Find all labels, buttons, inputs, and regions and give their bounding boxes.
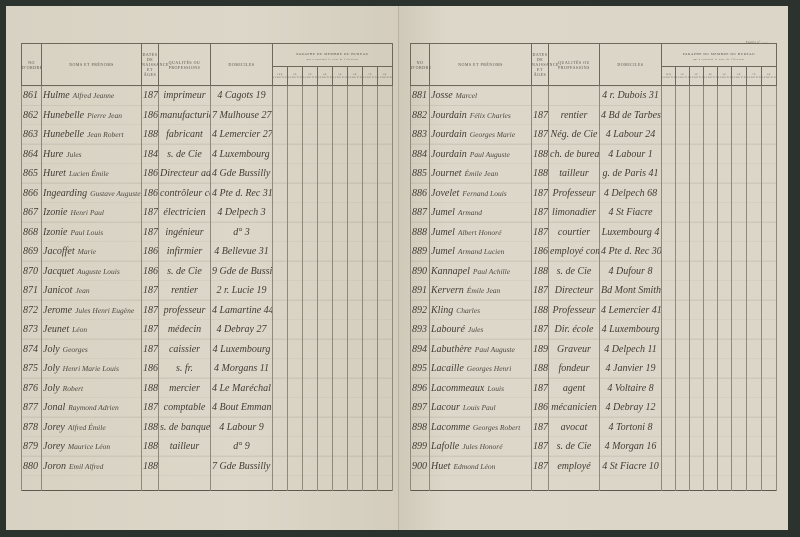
entry-signature-cell bbox=[348, 86, 363, 106]
entry-signature-cell bbox=[747, 398, 762, 418]
blank-cell bbox=[732, 476, 747, 491]
entry-signature-cell bbox=[690, 359, 704, 379]
entry-signature-cell bbox=[676, 398, 690, 418]
entry-signature-cell bbox=[348, 164, 363, 184]
entry-signature-cell bbox=[718, 262, 732, 282]
entry-signature-cell bbox=[273, 184, 288, 204]
header-scrutin: 7e scrutin bbox=[747, 67, 762, 86]
entry-signature-cell bbox=[363, 359, 378, 379]
entry-given-names: Alfred Émile bbox=[68, 423, 106, 432]
entry-signature-cell bbox=[303, 184, 318, 204]
entry-signature-cell bbox=[273, 398, 288, 418]
header-paraphe: Paraphe du membre du bureau qui a consta… bbox=[273, 44, 393, 67]
entry-signature-cell bbox=[333, 379, 348, 399]
entry-signature-cell bbox=[363, 164, 378, 184]
entry-signature-cell bbox=[303, 437, 318, 457]
entry-signature-cell bbox=[732, 145, 747, 165]
entry-name: KannapelPaul Achille bbox=[430, 262, 532, 282]
entry-profession: comptable bbox=[159, 398, 211, 418]
entry-signature-cell bbox=[318, 145, 333, 165]
entry-signature-cell bbox=[704, 437, 718, 457]
entry-signature-cell bbox=[704, 379, 718, 399]
entry-signature-cell bbox=[348, 242, 363, 262]
entry-name: JoveletFernand Louis bbox=[430, 184, 532, 204]
entry-surname: Lacomme bbox=[431, 422, 470, 433]
entry-signature-cell bbox=[363, 418, 378, 438]
entry-signature-cell bbox=[676, 106, 690, 126]
entry-signature-cell bbox=[690, 418, 704, 438]
entry-signature-cell bbox=[732, 203, 747, 223]
entry-domicile: 4 Lemercier 27 bbox=[211, 125, 273, 145]
entry-given-names: Jules Honoré bbox=[462, 442, 502, 451]
entry-name: HuetEdmond Léon bbox=[430, 457, 532, 477]
entry-signature-cell bbox=[704, 203, 718, 223]
entry-birth-year: 1869 bbox=[532, 242, 549, 262]
entry-signature-cell bbox=[348, 281, 363, 301]
entry-birth-year: 1879 bbox=[532, 106, 549, 126]
entry-signature-cell bbox=[363, 106, 378, 126]
register-row: 879JoreyMaurice Léon1882tailleurd° 9 bbox=[22, 437, 393, 457]
entry-number: 871 bbox=[22, 281, 42, 301]
entry-signature-cell bbox=[333, 281, 348, 301]
entry-signature-cell bbox=[690, 184, 704, 204]
entry-surname: Kling bbox=[431, 305, 453, 316]
entry-signature-cell bbox=[348, 301, 363, 321]
entry-signature-cell bbox=[333, 164, 348, 184]
entry-signature-cell bbox=[747, 379, 762, 399]
entry-domicile: 4 Lamartine 44 bbox=[211, 301, 273, 321]
entry-signature-cell bbox=[378, 379, 393, 399]
entry-name: LacailleGeorges Henri bbox=[430, 359, 532, 379]
entry-surname: Hunebelle bbox=[43, 129, 84, 140]
entry-signature-cell bbox=[704, 320, 718, 340]
entry-birth-year: 1869 bbox=[142, 184, 159, 204]
header-number: No d'ordre bbox=[22, 44, 42, 86]
entry-domicile: 4 Lemercier 41 bbox=[600, 301, 662, 321]
entry-domicile: 7 Mulhouse 27 bbox=[211, 106, 273, 126]
entry-domicile: 4 Luxembourg 138 bbox=[211, 145, 273, 165]
entry-number: 866 bbox=[22, 184, 42, 204]
entry-name: IngeardingGustave Auguste bbox=[42, 184, 142, 204]
entry-name: JourdainPaul Auguste bbox=[430, 145, 532, 165]
blank-cell bbox=[690, 476, 704, 491]
entry-domicile: 4 Bd de Tarbes bbox=[600, 106, 662, 126]
register-row: 878JoreyAlfred Émile1880s. de banque4 La… bbox=[22, 418, 393, 438]
entry-signature-cell bbox=[747, 301, 762, 321]
entry-signature-cell bbox=[732, 418, 747, 438]
entry-signature-cell bbox=[318, 340, 333, 360]
entry-signature-cell bbox=[718, 184, 732, 204]
entry-number: 887 bbox=[411, 203, 430, 223]
entry-given-names: Georges Henri bbox=[467, 364, 512, 373]
entry-signature-cell bbox=[378, 86, 393, 106]
paraphe-subtitle: qui a constaté le vote de l'électeur bbox=[273, 58, 392, 61]
entry-birth-year: 1878 bbox=[142, 340, 159, 360]
entry-signature-cell bbox=[704, 125, 718, 145]
entry-signature-cell bbox=[676, 418, 690, 438]
entry-birth-year: 1872 bbox=[532, 223, 549, 243]
register-row: 900HuetEdmond Léon1877employé4 St Fiacre… bbox=[411, 457, 777, 477]
entry-domicile: 4 St Fiacre 10 bbox=[600, 457, 662, 477]
entry-signature-cell bbox=[732, 340, 747, 360]
entry-given-names: Jean Robert bbox=[87, 130, 123, 139]
entry-signature-cell bbox=[718, 418, 732, 438]
entry-given-names: Paul Auguste bbox=[475, 345, 515, 354]
entry-name: IzoniePaul Louis bbox=[42, 223, 142, 243]
entry-domicile: 4 Pte d. Rec 30 bbox=[600, 242, 662, 262]
entry-surname: Joron bbox=[43, 461, 66, 472]
entry-signature-cell bbox=[363, 301, 378, 321]
entry-signature-cell bbox=[732, 125, 747, 145]
entry-surname: Jourdain bbox=[431, 129, 467, 140]
header-paraphe: Paraphe du membre du bureau qui a consta… bbox=[662, 44, 777, 67]
entry-surname: Jerome bbox=[43, 305, 72, 316]
entry-domicile: Luxembourg 4 bbox=[600, 223, 662, 243]
entry-given-names: Félix Charles bbox=[470, 111, 511, 120]
entry-birth-year: 1869 bbox=[532, 398, 549, 418]
entry-signature-cell bbox=[732, 398, 747, 418]
entry-name: JumelArmand bbox=[430, 203, 532, 223]
entry-profession: imprimeur bbox=[159, 86, 211, 106]
header-dates: Dates de naissance et âges bbox=[142, 44, 159, 86]
entry-signature-cell bbox=[662, 184, 676, 204]
entry-signature-cell bbox=[747, 340, 762, 360]
entry-surname: Jeunet bbox=[43, 324, 69, 335]
entry-signature-cell bbox=[363, 184, 378, 204]
entry-number: 864 bbox=[22, 145, 42, 165]
entry-birth-year: 1869 bbox=[142, 359, 159, 379]
entry-profession: tailleur bbox=[549, 164, 600, 184]
entry-birth-year: 1878 bbox=[142, 223, 159, 243]
register-row: 880JoronEmil Alfred18877 Gde Bussilly 16 bbox=[22, 457, 393, 477]
entry-signature-cell bbox=[704, 106, 718, 126]
entry-domicile: 7 Gde Bussilly 16 bbox=[211, 457, 273, 477]
entry-profession: fondeur bbox=[549, 359, 600, 379]
entry-signature-cell bbox=[378, 418, 393, 438]
entry-signature-cell bbox=[363, 437, 378, 457]
entry-signature-cell bbox=[732, 320, 747, 340]
entry-signature-cell bbox=[662, 203, 676, 223]
entry-birth-year: 1873 bbox=[532, 418, 549, 438]
entry-signature-cell bbox=[318, 379, 333, 399]
entry-signature-cell bbox=[288, 203, 303, 223]
entry-surname: Janicot bbox=[43, 285, 72, 296]
entry-signature-cell bbox=[704, 164, 718, 184]
entry-birth-year: 1882 bbox=[142, 125, 159, 145]
entry-profession: tailleur bbox=[159, 437, 211, 457]
entry-signature-cell bbox=[762, 457, 777, 477]
entry-signature-cell bbox=[333, 203, 348, 223]
entry-birth-year: 1878 bbox=[532, 281, 549, 301]
entry-signature-cell bbox=[378, 262, 393, 282]
entry-birth-year: 1875 bbox=[142, 301, 159, 321]
entry-signature-cell bbox=[273, 223, 288, 243]
entry-number: 894 bbox=[411, 340, 430, 360]
entry-surname: Jourdain bbox=[431, 110, 467, 121]
entry-birth-year: 1883 bbox=[532, 262, 549, 282]
entry-signature-cell bbox=[718, 437, 732, 457]
entry-signature-cell bbox=[718, 398, 732, 418]
blank-cell bbox=[348, 476, 363, 491]
entry-signature-cell bbox=[704, 184, 718, 204]
entry-signature-cell bbox=[288, 262, 303, 282]
entry-signature-cell bbox=[662, 164, 676, 184]
entry-number: 892 bbox=[411, 301, 430, 321]
entry-given-names: Louis bbox=[487, 384, 504, 393]
entry-profession bbox=[159, 457, 211, 477]
entry-signature-cell bbox=[676, 242, 690, 262]
entry-signature-cell bbox=[348, 418, 363, 438]
entry-domicile: 4 r. Dubois 31 bbox=[600, 86, 662, 106]
blank-cell bbox=[42, 476, 142, 491]
header-number: No d'ordre bbox=[411, 44, 430, 86]
entry-profession: fabricant bbox=[159, 125, 211, 145]
blank-cell bbox=[273, 476, 288, 491]
entry-given-names: Henri Marie Louis bbox=[63, 364, 119, 373]
entry-signature-cell bbox=[747, 145, 762, 165]
entry-domicile: 4 Morgans 11 bbox=[211, 359, 273, 379]
register-row: 871JanicotJean1871rentier2 r. Lucie 19 bbox=[22, 281, 393, 301]
entry-signature-cell bbox=[747, 242, 762, 262]
entry-profession: agent bbox=[549, 379, 600, 399]
entry-given-names: Lucien Émile bbox=[69, 169, 109, 178]
entry-number: 869 bbox=[22, 242, 42, 262]
entry-number: 876 bbox=[22, 379, 42, 399]
entry-name: JeromeJules Henri Eugène bbox=[42, 301, 142, 321]
entry-birth-year: 1882 bbox=[532, 145, 549, 165]
entry-surname: Lacommeaux bbox=[431, 383, 484, 394]
entry-name: JoronEmil Alfred bbox=[42, 457, 142, 477]
entry-signature-cell bbox=[747, 203, 762, 223]
entry-signature-cell bbox=[704, 86, 718, 106]
register-row: 889JumelArmand Lucien1869employé commerc… bbox=[411, 242, 777, 262]
entry-signature-cell bbox=[747, 106, 762, 126]
entry-signature-cell bbox=[318, 418, 333, 438]
register-row: 870JacquetAuguste Louis1861s. de Cie9 Gd… bbox=[22, 262, 393, 282]
entry-given-names: Edmond Léon bbox=[453, 462, 495, 471]
entry-signature-cell bbox=[303, 106, 318, 126]
entry-name: JolyGeorges bbox=[42, 340, 142, 360]
entry-number: 897 bbox=[411, 398, 430, 418]
entry-birth-year: 1861 bbox=[142, 262, 159, 282]
entry-signature-cell bbox=[303, 301, 318, 321]
entry-signature-cell bbox=[690, 301, 704, 321]
header-scrutin: 2e scrutin bbox=[676, 67, 690, 86]
entry-signature-cell bbox=[363, 145, 378, 165]
entry-profession: manufacturier bbox=[159, 106, 211, 126]
entry-signature-cell bbox=[747, 86, 762, 106]
entry-signature-cell bbox=[378, 340, 393, 360]
entry-number: 889 bbox=[411, 242, 430, 262]
entry-signature-cell bbox=[273, 86, 288, 106]
entry-signature-cell bbox=[318, 437, 333, 457]
entry-signature-cell bbox=[718, 145, 732, 165]
entry-signature-cell bbox=[704, 359, 718, 379]
entry-signature-cell bbox=[363, 262, 378, 282]
header-scrutin: 3e scrutin bbox=[690, 67, 704, 86]
entry-signature-cell bbox=[318, 223, 333, 243]
entry-signature-cell bbox=[333, 145, 348, 165]
entry-signature-cell bbox=[333, 340, 348, 360]
entry-surname: Labuthère bbox=[431, 344, 472, 355]
entry-signature-cell bbox=[318, 164, 333, 184]
entry-name: JacoffetMarie bbox=[42, 242, 142, 262]
entry-number: 884 bbox=[411, 145, 430, 165]
entry-signature-cell bbox=[303, 125, 318, 145]
entry-given-names: Léon bbox=[72, 325, 87, 334]
entry-signature-cell bbox=[762, 184, 777, 204]
header-scrutin: 5e scrutin bbox=[718, 67, 732, 86]
entry-domicile: 4 Luxembourg bbox=[211, 340, 273, 360]
entry-given-names: Jules Henri Eugène bbox=[75, 306, 134, 315]
entry-number: 893 bbox=[411, 320, 430, 340]
entry-signature-cell bbox=[676, 320, 690, 340]
entry-surname: Jourdain bbox=[431, 149, 467, 160]
entry-signature-cell bbox=[303, 262, 318, 282]
entry-signature-cell bbox=[718, 340, 732, 360]
entry-signature-cell bbox=[676, 164, 690, 184]
entry-profession: s. de banque bbox=[159, 418, 211, 438]
entry-signature-cell bbox=[348, 203, 363, 223]
blank-cell bbox=[662, 476, 676, 491]
entry-given-names: Émile Jean bbox=[465, 169, 499, 178]
register-body-left: 861HulmeAlfred Jeanne1874imprimeur4 Cago… bbox=[22, 86, 393, 491]
entry-signature-cell bbox=[690, 437, 704, 457]
entry-number: 898 bbox=[411, 418, 430, 438]
entry-signature-cell bbox=[762, 398, 777, 418]
entry-signature-cell bbox=[718, 379, 732, 399]
entry-signature-cell bbox=[273, 145, 288, 165]
register-table-left: No d'ordre Noms et Prénoms Dates de nais… bbox=[21, 43, 393, 491]
entry-name: LabuthèrePaul Auguste bbox=[430, 340, 532, 360]
entry-signature-cell bbox=[318, 125, 333, 145]
register-row: 869JacoffetMarie1869infirmier4 Bellevue … bbox=[22, 242, 393, 262]
left-page: No d'ordre Noms et Prénoms Dates de nais… bbox=[6, 6, 399, 530]
entry-signature-cell bbox=[378, 242, 393, 262]
entry-signature-cell bbox=[704, 145, 718, 165]
entry-domicile: 4 Pte d. Rec 31 bbox=[211, 184, 273, 204]
entry-surname: Jacquet bbox=[43, 266, 74, 277]
entry-profession: contrôleur comptes bbox=[159, 184, 211, 204]
entry-birth-year: 1871 bbox=[142, 281, 159, 301]
entry-signature-cell bbox=[318, 398, 333, 418]
entry-signature-cell bbox=[363, 125, 378, 145]
entry-signature-cell bbox=[273, 301, 288, 321]
entry-signature-cell bbox=[676, 359, 690, 379]
entry-signature-cell bbox=[676, 86, 690, 106]
entry-signature-cell bbox=[318, 203, 333, 223]
entry-domicile: 4 Delpech 3 bbox=[211, 203, 273, 223]
entry-given-names: Paul Achille bbox=[473, 267, 510, 276]
header-scrutin: 4e scrutin bbox=[704, 67, 718, 86]
entry-signature-cell bbox=[718, 281, 732, 301]
entry-signature-cell bbox=[378, 164, 393, 184]
entry-surname: Huet bbox=[431, 461, 450, 472]
entry-given-names: Emil Alfred bbox=[69, 462, 103, 471]
header-scrutin: 7e scrutin bbox=[363, 67, 378, 86]
entry-domicile: 4 Labour 24 bbox=[600, 125, 662, 145]
entry-signature-cell bbox=[288, 86, 303, 106]
register-body-right: 881JosseMarcel4 r. Dubois 31882JourdainF… bbox=[411, 86, 777, 491]
blank-cell bbox=[704, 476, 718, 491]
entry-profession: professeur bbox=[159, 301, 211, 321]
entry-signature-cell bbox=[718, 164, 732, 184]
entry-signature-cell bbox=[333, 457, 348, 477]
entry-surname: Jumel bbox=[431, 246, 455, 257]
entry-signature-cell bbox=[318, 301, 333, 321]
entry-domicile: 4 Delpech 68 bbox=[600, 184, 662, 204]
entry-profession: Professeur bbox=[549, 184, 600, 204]
entry-signature-cell bbox=[690, 398, 704, 418]
entry-signature-cell bbox=[704, 398, 718, 418]
entry-signature-cell bbox=[718, 86, 732, 106]
entry-number: 886 bbox=[411, 184, 430, 204]
register-row: 884JourdainPaul Auguste1882ch. de bureau… bbox=[411, 145, 777, 165]
entry-birth-year: 1893 bbox=[532, 340, 549, 360]
entry-surname: Ingearding bbox=[43, 188, 87, 199]
entry-domicile: 4 Labour 9 bbox=[211, 418, 273, 438]
register-row: 886JoveletFernand Louis1879Professeur4 D… bbox=[411, 184, 777, 204]
entry-profession: courtier bbox=[549, 223, 600, 243]
entry-signature-cell bbox=[288, 320, 303, 340]
entry-signature-cell bbox=[676, 125, 690, 145]
entry-given-names: Albert Honoré bbox=[458, 228, 502, 237]
entry-name: JolyRobert bbox=[42, 379, 142, 399]
entry-number: 882 bbox=[411, 106, 430, 126]
entry-name: JacquetAuguste Louis bbox=[42, 262, 142, 282]
entry-signature-cell bbox=[718, 125, 732, 145]
entry-signature-cell bbox=[288, 398, 303, 418]
register-row: 863HunebelleJean Robert1882fabricant4 Le… bbox=[22, 125, 393, 145]
register-row: 866IngeardingGustave Auguste1869contrôle… bbox=[22, 184, 393, 204]
entry-number: 877 bbox=[22, 398, 42, 418]
entry-signature-cell bbox=[303, 281, 318, 301]
entry-signature-cell bbox=[747, 184, 762, 204]
entry-signature-cell bbox=[273, 203, 288, 223]
entry-signature-cell bbox=[747, 164, 762, 184]
entry-signature-cell bbox=[704, 223, 718, 243]
entry-number: 875 bbox=[22, 359, 42, 379]
entry-number: 883 bbox=[411, 125, 430, 145]
entry-name: JeunetLéon bbox=[42, 320, 142, 340]
entry-signature-cell bbox=[333, 242, 348, 262]
entry-signature-cell bbox=[747, 418, 762, 438]
entry-signature-cell bbox=[273, 125, 288, 145]
entry-name: HunebelleJean Robert bbox=[42, 125, 142, 145]
entry-name: LafolleJules Honoré bbox=[430, 437, 532, 457]
entry-number: 890 bbox=[411, 262, 430, 282]
entry-number: 872 bbox=[22, 301, 42, 321]
entry-signature-cell bbox=[747, 457, 762, 477]
entry-domicile: 4 Voltaire 8 bbox=[600, 379, 662, 399]
entry-name: HunebellePierre Jean bbox=[42, 106, 142, 126]
entry-signature-cell bbox=[662, 145, 676, 165]
entry-signature-cell bbox=[303, 359, 318, 379]
entry-birth-year: 1872 bbox=[532, 437, 549, 457]
entry-birth-year: 1877 bbox=[142, 398, 159, 418]
entry-surname: Lacaille bbox=[431, 363, 464, 374]
entry-signature-cell bbox=[303, 145, 318, 165]
entry-signature-cell bbox=[690, 106, 704, 126]
header-dates: Dates de naissance et âges bbox=[532, 44, 549, 86]
entry-signature-cell bbox=[303, 398, 318, 418]
entry-signature-cell bbox=[378, 359, 393, 379]
entry-number: 900 bbox=[411, 457, 430, 477]
entry-signature-cell bbox=[378, 281, 393, 301]
blank-cell bbox=[378, 476, 393, 491]
register-row: 890KannapelPaul Achille1883s. de Cie4 Du… bbox=[411, 262, 777, 282]
register-row: 885JournetÉmile Jean1887tailleurg. de Pa… bbox=[411, 164, 777, 184]
